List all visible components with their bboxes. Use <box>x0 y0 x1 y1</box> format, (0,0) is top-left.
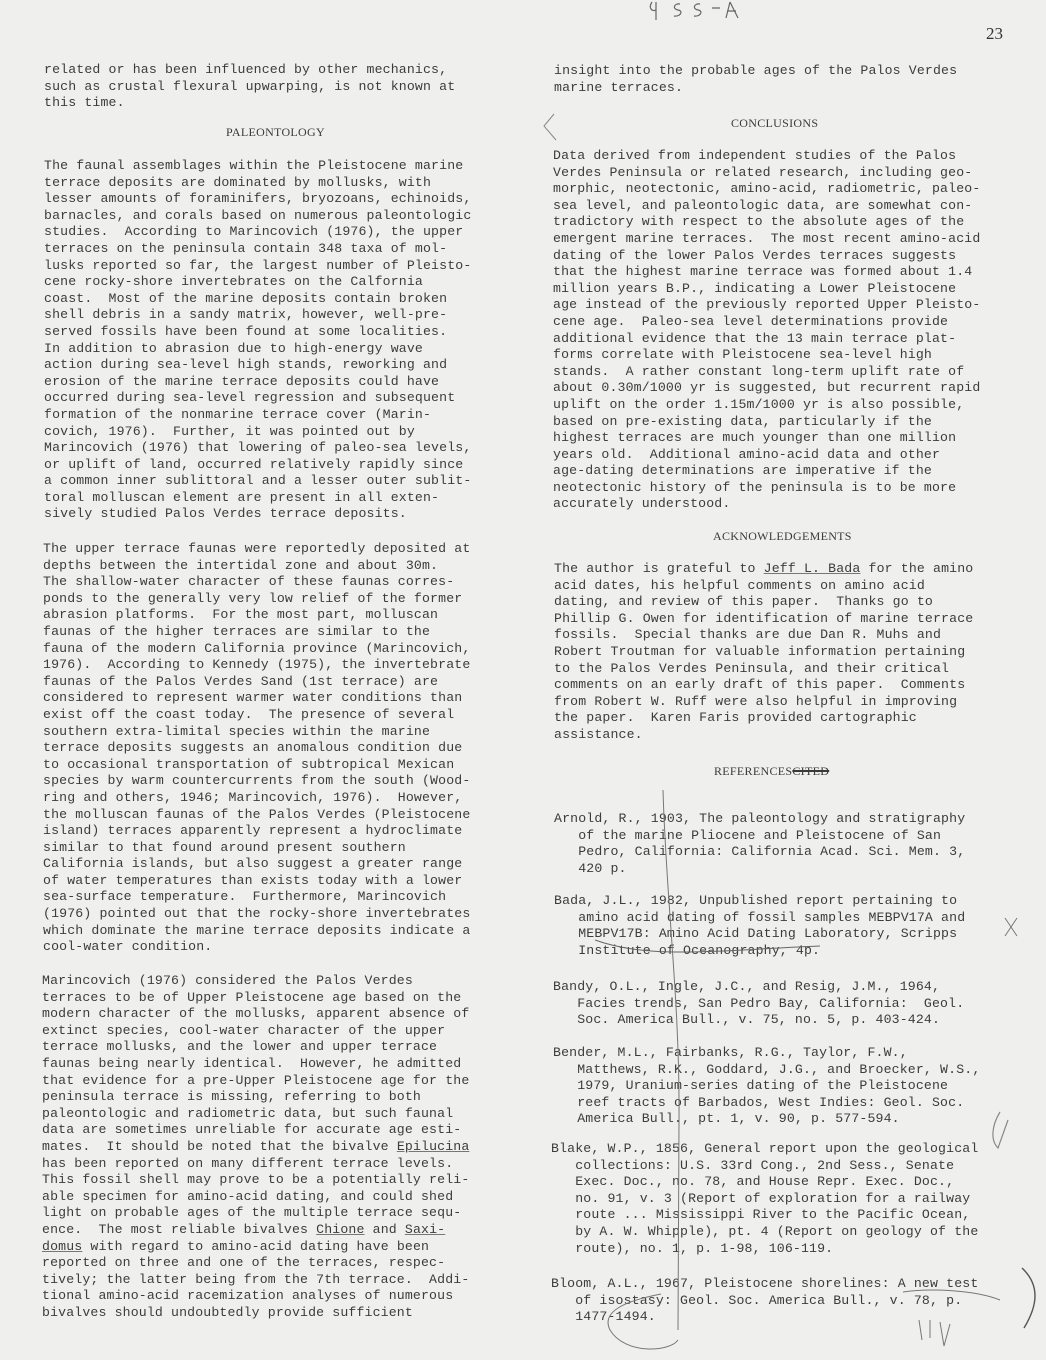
reference-entry: Arnold, R., 1903, The paleontology and s… <box>554 811 965 877</box>
genus-saxidomus: Saxi- <box>405 1222 445 1237</box>
genus-epilucina: Epilucina <box>397 1139 470 1154</box>
handwriting-scrawl-top <box>640 0 750 22</box>
reference-entry: Bloom, A.L., 1967, Pleistocene shoreline… <box>551 1276 978 1326</box>
reference-entry: Blake, W.P., 1856, General report upon t… <box>551 1141 978 1257</box>
paleontology-paragraph-3: Marincovich (1976) considered the Palos … <box>42 973 469 1321</box>
page-number: 23 <box>986 24 1003 44</box>
reference-entry: Bada, J.L., 1982, Unpublished report per… <box>554 893 965 959</box>
heading-acknowledgements: ACKNOWLEDGEMENTS <box>713 529 852 544</box>
heading-conclusions: CONCLUSIONS <box>731 116 818 131</box>
heading-paleontology: PALEONTOLOGY <box>226 125 325 140</box>
struck-word-cited: CITED <box>792 764 829 778</box>
paleontology-paragraph-2: The upper terrace faunas were reportedly… <box>43 541 470 956</box>
intro-paragraph-right: insight into the probable ages of the Pa… <box>554 63 957 96</box>
acknowledgements-paragraph: The author is grateful to Jeff L. Bada f… <box>554 561 973 744</box>
name-jeff-bada: Jeff L. Bada <box>764 561 861 576</box>
intro-paragraph-left: related or has been influenced by other … <box>44 62 455 112</box>
margin-bracket-mark <box>540 112 560 142</box>
reference-entry: Bandy, O.L., Ingle, J.C., and Resig, J.M… <box>553 979 964 1029</box>
paleontology-paragraph-1: The faunal assemblages within the Pleist… <box>44 158 471 523</box>
reference-entry: Bender, M.L., Fairbanks, R.G., Taylor, F… <box>553 1045 980 1128</box>
heading-references: REFERENCESCITED <box>714 764 829 779</box>
conclusions-paragraph: Data derived from independent studies of… <box>553 148 980 513</box>
document-page: 23 related or has been influenced by oth… <box>0 0 1046 1360</box>
genus-chione: Chione <box>316 1222 364 1237</box>
